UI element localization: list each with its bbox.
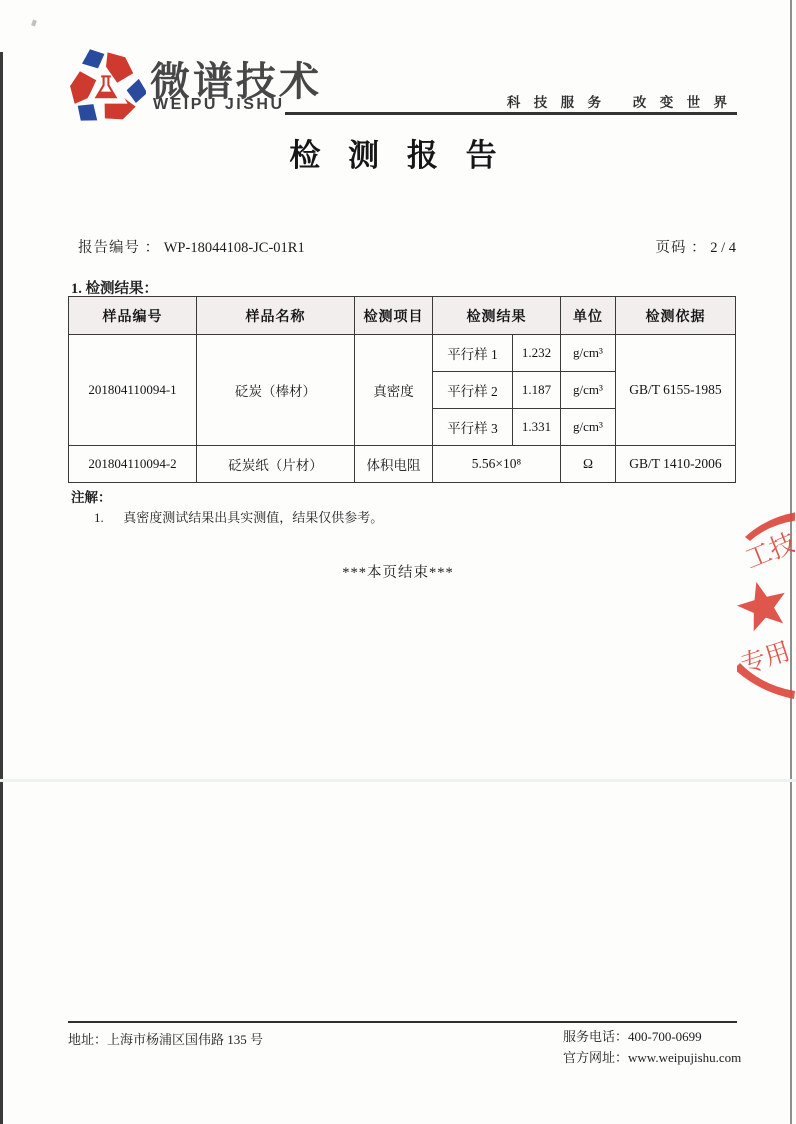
phone-label: 服务电话： <box>563 1029 628 1044</box>
cell-parallel-label: 平行样 3 <box>433 409 513 446</box>
table-row: 201804110094-2 砭炭纸（片材） 体积电阻 5.56×10⁸ Ω G… <box>69 446 736 483</box>
cell-parallel-value: 1.331 <box>513 409 561 446</box>
brand-name-en: WEIPU JISHU <box>153 96 285 114</box>
scan-fold-line <box>0 779 796 782</box>
page-title: 检 测 报 告 <box>0 130 796 175</box>
report-number: 报告编号 ： WP-18044108-JC-01R1 <box>78 236 305 257</box>
header-rule <box>285 112 737 115</box>
section-heading: 1. 检测结果： <box>71 277 158 298</box>
scan-speck <box>31 19 37 26</box>
cell-unit: g/cm³ <box>561 372 616 409</box>
note-text: 真密度测试结果出具实测值，结果仅供参考。 <box>123 510 383 525</box>
address-label: 地址： <box>68 1032 107 1047</box>
website-value: www.weipujishu.com <box>628 1050 741 1065</box>
cell-sample-name: 砭炭纸（片材） <box>197 446 355 483</box>
end-of-page-marker: ***本页结束*** <box>0 561 796 582</box>
footer-rule <box>68 1021 737 1023</box>
cell-sample-name: 砭炭（棒材） <box>197 335 355 446</box>
col-test-result: 检测结果 <box>433 297 561 335</box>
cell-parallel-value: 1.232 <box>513 335 561 372</box>
table-header-row: 样品编号 样品名称 检测项目 检测结果 单位 检测依据 <box>69 297 736 335</box>
cell-unit: Ω <box>561 446 616 483</box>
note-item: 1. 真密度测试结果出具实测值，结果仅供参考。 <box>94 507 383 526</box>
cell-test-item: 真密度 <box>355 335 433 446</box>
cell-sample-no: 201804110094-1 <box>69 335 197 446</box>
cell-parallel-value: 1.187 <box>513 372 561 409</box>
cell-unit: g/cm³ <box>561 409 616 446</box>
page-number-label: 页码 ： <box>655 240 706 256</box>
col-unit: 单位 <box>561 297 616 335</box>
cell-parallel-label: 平行样 1 <box>433 335 513 372</box>
page-number: 页码 ： 2 / 4 <box>655 236 736 257</box>
cell-test-item: 体积电阻 <box>355 446 433 483</box>
weipu-logo-icon <box>66 46 146 126</box>
company-stamp: 工技 专用 <box>737 503 795 699</box>
cell-basis: GB/T 6155-1985 <box>616 335 736 446</box>
footer-address: 地址：上海市杨浦区国伟路 135 号 <box>68 1029 263 1048</box>
stamp-star-icon <box>737 582 785 631</box>
col-sample-name: 样品名称 <box>197 297 355 335</box>
col-basis: 检测依据 <box>616 297 736 335</box>
phone-value: 400-700-0699 <box>628 1029 702 1044</box>
col-test-item: 检测项目 <box>355 297 433 335</box>
cell-unit: g/cm³ <box>561 335 616 372</box>
table-row: 201804110094-1 砭炭（棒材） 真密度 平行样 1 1.232 g/… <box>69 335 736 372</box>
address-value: 上海市杨浦区国伟路 135 号 <box>107 1032 263 1047</box>
scan-left-edge <box>0 52 3 1124</box>
footer-website: 官方网址：www.weipujishu.com <box>563 1047 741 1068</box>
footer-phone: 服务电话：400-700-0699 <box>563 1026 741 1047</box>
notes-heading: 注解： <box>71 486 112 506</box>
cell-result: 5.56×10⁸ <box>433 446 561 483</box>
report-number-value: WP-18044108-JC-01R1 <box>164 240 305 256</box>
report-number-label: 报告编号 ： <box>78 240 160 256</box>
note-number: 1. <box>94 510 120 526</box>
cell-parallel-label: 平行样 2 <box>433 372 513 409</box>
cell-basis: GB/T 1410-2006 <box>616 446 736 483</box>
cell-sample-no: 201804110094-2 <box>69 446 197 483</box>
stamp-text-bottom: 专用 <box>737 637 793 679</box>
report-page: 微谱技术 WEIPU JISHU 科 技 服 务 改 变 世 界 检 测 报 告… <box>0 0 796 1124</box>
footer-contact: 服务电话：400-700-0699 官方网址：www.weipujishu.co… <box>563 1026 741 1068</box>
col-sample-no: 样品编号 <box>69 297 197 335</box>
website-label: 官方网址： <box>563 1050 628 1065</box>
results-table: 样品编号 样品名称 检测项目 检测结果 单位 检测依据 201804110094… <box>68 296 736 483</box>
brand-tagline: 科 技 服 务 改 变 世 界 <box>507 91 732 111</box>
page-number-value: 2 / 4 <box>710 240 736 256</box>
